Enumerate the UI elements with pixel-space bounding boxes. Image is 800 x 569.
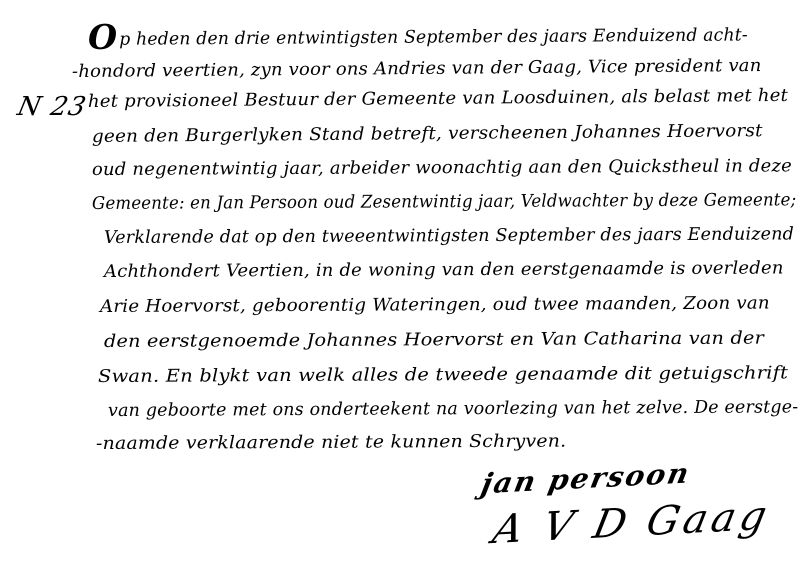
text-line-4: geen den Burgerlyken Stand betreft, vers…	[92, 121, 763, 147]
text-line-11: Swan. En blykt van welk alles de tweede …	[98, 363, 788, 387]
text-line-3: het provisioneel Bestuur der Gemeente va…	[88, 86, 788, 112]
record-number-margin-note: N 23	[15, 92, 89, 122]
text-line-1: Op heden den drie entwintigsten Septembe…	[88, 13, 748, 58]
text-line-12: van geboorte met ons onderteekent na voo…	[108, 397, 798, 421]
line-text: Swan. En blykt van welk alles de tweede …	[98, 363, 788, 387]
line-text: -naamde verklaarende niet te kunnen Schr…	[96, 432, 566, 454]
text-line-5: oud negenentwintig jaar, arbeider woonac…	[92, 156, 792, 180]
line-text: p heden den drie entwintigsten September…	[119, 25, 748, 49]
text-line-6: Gemeente: en Jan Persoon oud Zesentwinti…	[92, 190, 796, 214]
line-text: Arie Hoervorst, geboorentig Wateringen, …	[100, 293, 770, 317]
line-text: Verklarende dat op den tweeentwintigsten…	[104, 224, 794, 248]
text-line-10: den eerstgenoemde Johannes Hoervorst en …	[104, 329, 764, 352]
line-text: den eerstgenoemde Johannes Hoervorst en …	[104, 329, 764, 352]
document-page: N 23 Op heden den drie entwintigsten Sep…	[0, 0, 800, 569]
signature-jan-persoon: jan persoon	[479, 457, 694, 501]
line-text: Gemeente: en Jan Persoon oud Zesentwinti…	[92, 190, 796, 214]
text-line-2: -hondord veertien, zyn voor ons Andries …	[72, 56, 762, 82]
line-text: Achthondert Veertien, in de woning van d…	[104, 258, 784, 282]
line-text: -hondord veertien, zyn voor ons Andries …	[72, 56, 762, 82]
line-text: oud negenentwintig jaar, arbeider woonac…	[92, 156, 792, 180]
text-line-8: Achthondert Veertien, in de woning van d…	[104, 258, 784, 282]
line-text: geen den Burgerlyken Stand betreft, vers…	[92, 121, 763, 147]
text-line-9: Arie Hoervorst, geboorentig Wateringen, …	[100, 293, 770, 317]
drop-initial: O	[88, 18, 118, 58]
text-line-13: -naamde verklaarende niet te kunnen Schr…	[96, 432, 566, 454]
line-text: het provisioneel Bestuur der Gemeente va…	[88, 86, 788, 112]
text-line-7: Verklarende dat op den tweeentwintigsten…	[104, 224, 794, 248]
signature-avd-gaag: A V D Gaag	[489, 493, 774, 553]
line-text: van geboorte met ons onderteekent na voo…	[108, 397, 798, 421]
